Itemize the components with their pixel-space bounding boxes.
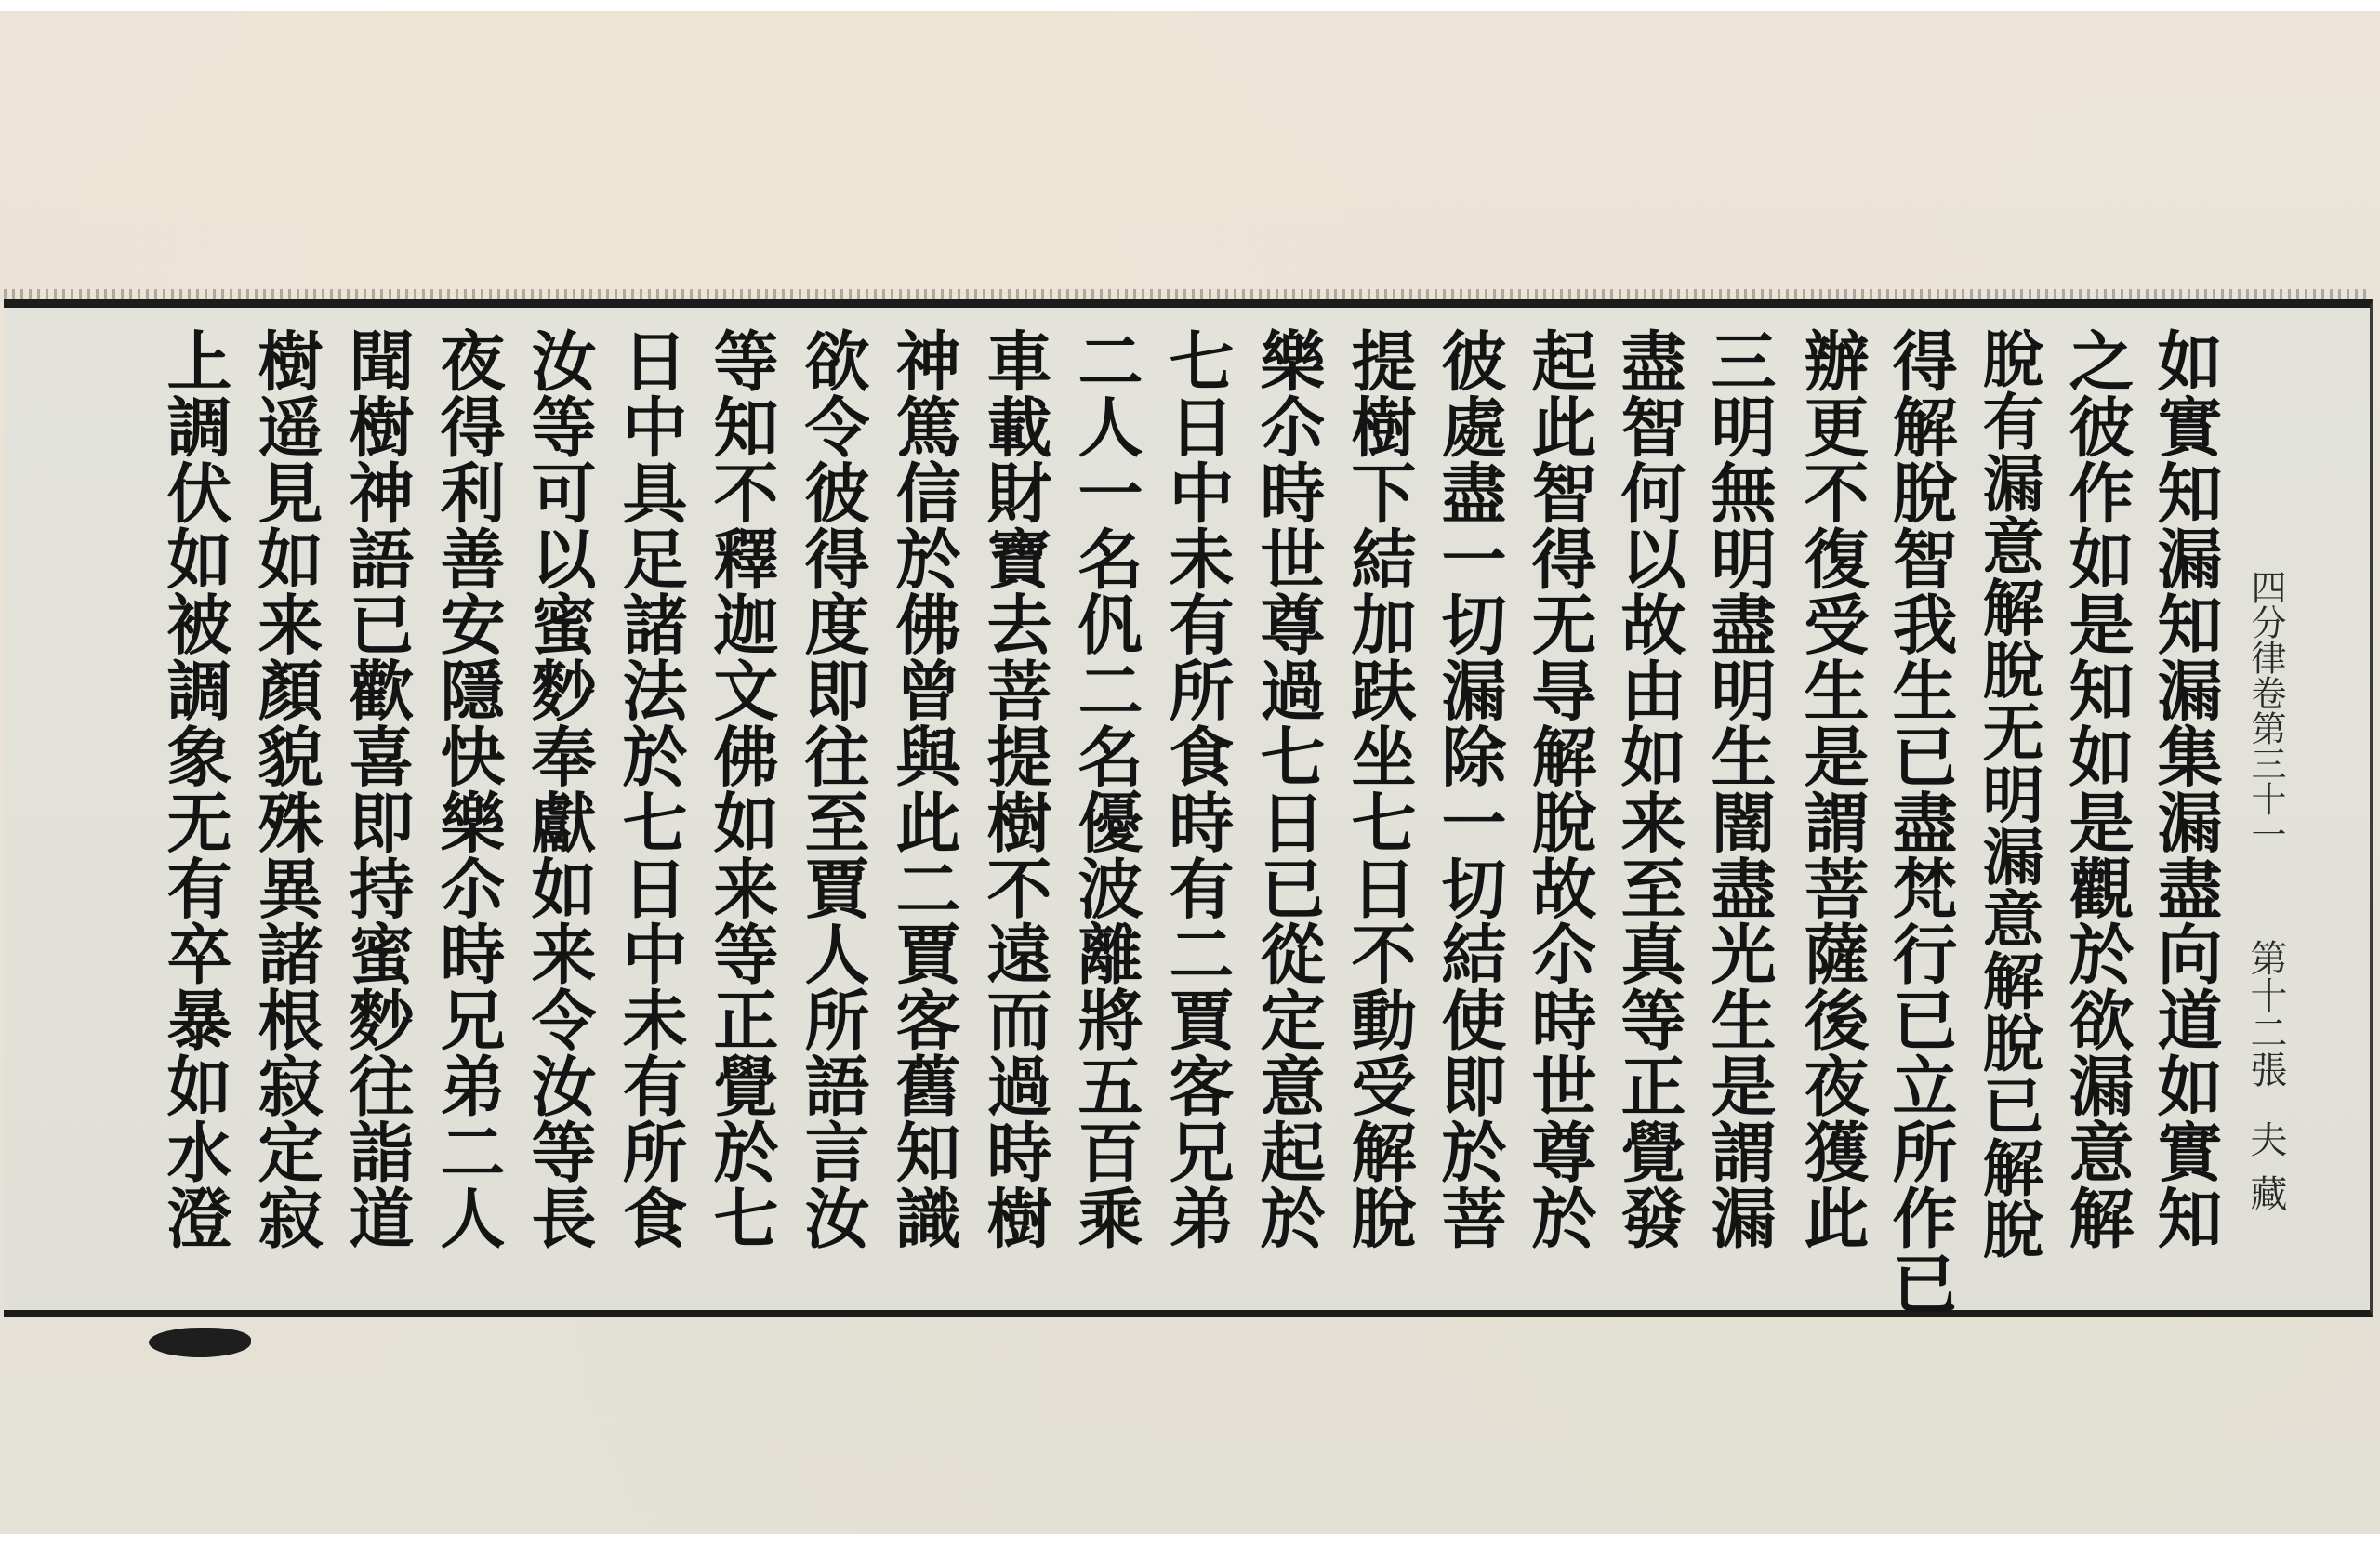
text-column-18: 日中具足諸法於七日中未有所食	[608, 327, 692, 1250]
text-column-2: 之彼作如是知如是觀於欲漏意解	[2055, 327, 2138, 1250]
text-column-20: 夜得利善安隱快樂尒時兄弟二人	[426, 327, 509, 1250]
text-column-4: 得解脫智我生已盡梵行已立所作已	[1878, 327, 1962, 1316]
text-column-6: 三明無明盡明生闇盡光生是謂漏	[1697, 327, 1780, 1250]
margin-title: 四分律卷第三十一	[2242, 569, 2289, 852]
text-column-19: 汝等可以蜜麨奉獻如来令汝等長	[517, 327, 601, 1250]
margin-page-number: 第十二張	[2242, 939, 2289, 1088]
text-column-5: 辦更不復受生是謂菩薩後夜獲此	[1790, 327, 1873, 1250]
text-column-12: 七日中未有所食時有二賈客兄弟	[1155, 327, 1238, 1250]
text-column-17: 等知不釋迦文佛如来等正覺於七	[699, 327, 783, 1250]
text-column-8: 起此智得无㝵解脫故尒時世尊於	[1517, 327, 1601, 1250]
text-column-23: 上調伏如被調象无有卒暴如水澄	[152, 327, 236, 1250]
text-column-21: 聞樹神語已歡喜即持蜜麨往詣道	[335, 327, 418, 1250]
text-column-13: 二人一名𠆩二名優波離將五百乘	[1064, 327, 1147, 1250]
margin-mark: 夫藏	[2242, 1120, 2289, 1228]
text-column-16: 欲令彼得度即往至賈人所語言汝	[790, 327, 874, 1250]
text-column-1: 如實知漏知漏集漏盡向道如實知	[2143, 327, 2227, 1250]
ink-blot	[149, 1328, 251, 1357]
text-column-11: 樂尒時世尊過七日已從定意起於	[1246, 327, 1329, 1250]
text-column-3: 脫有漏意解脫无明漏意解脫已解脫	[1966, 327, 2050, 1261]
text-column-14: 車載財寶去菩提樹不遠而過時樹	[972, 327, 1056, 1250]
text-column-7: 盡智何以故由如来至真等正覺發	[1606, 327, 1690, 1250]
text-column-10: 提樹下結加趺坐七日不動受解脫	[1337, 327, 1421, 1250]
text-column-15: 神篤信於佛曾與此二賈客舊知識	[881, 327, 965, 1250]
text-column-22: 樹遥見如来顏貌殊異諸根寂定寂	[244, 327, 327, 1250]
text-column-9: 彼處盡一切漏除一切結使即於菩	[1427, 327, 1511, 1250]
